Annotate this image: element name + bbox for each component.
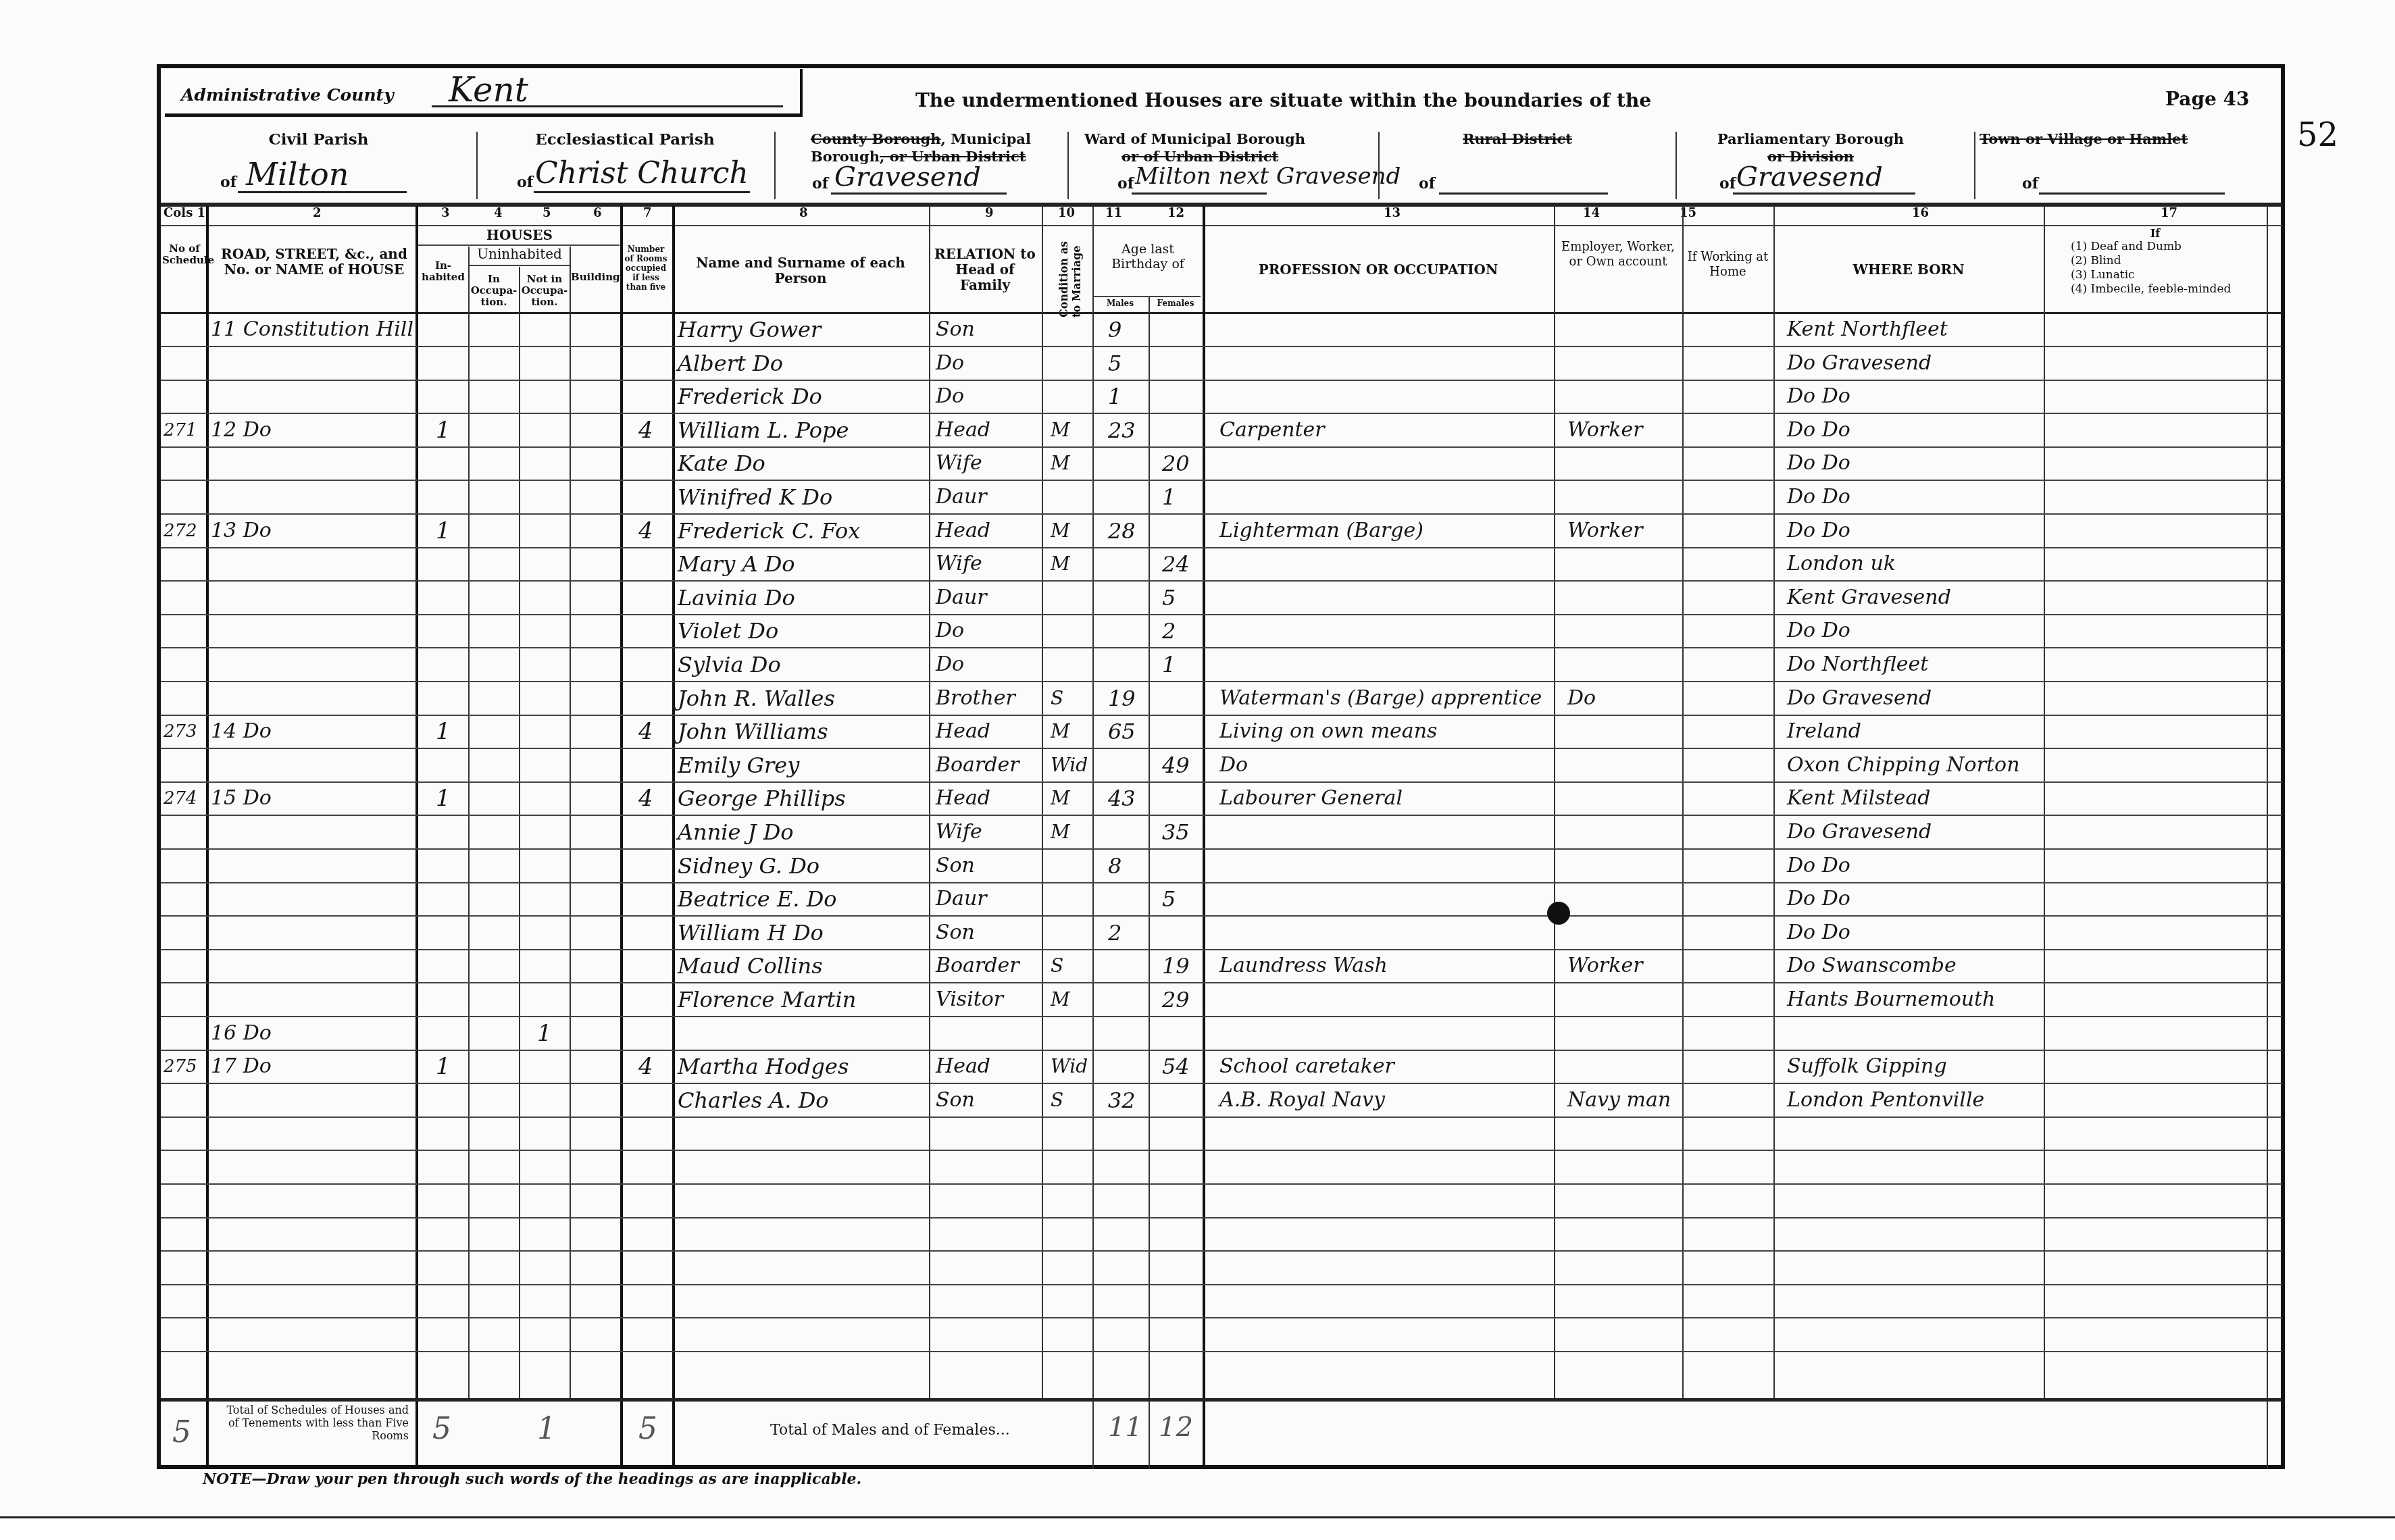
header-males: Males xyxy=(1094,299,1146,308)
table-row: 27314 Do14John WilliamsHeadM65Living on … xyxy=(0,714,2395,748)
divider xyxy=(1378,132,1380,199)
relation: Head xyxy=(936,1053,990,1080)
table-row xyxy=(0,1150,2395,1183)
birthplace: Kent Gravesend xyxy=(1787,584,1951,611)
label-text: , Municipal xyxy=(941,130,1031,147)
person-name: Kate Do xyxy=(678,450,765,477)
table-row: 27213 Do14Frederick C. FoxHeadM28Lighter… xyxy=(0,513,2395,547)
address: 12 Do xyxy=(211,417,272,444)
col-number: 11 xyxy=(1105,206,1122,220)
col-number: 8 xyxy=(799,206,808,220)
marital-condition: M xyxy=(1051,450,1070,477)
age-female: 19 xyxy=(1162,952,1190,979)
occupation: Laundress Wash xyxy=(1219,952,1388,979)
marital-condition: S xyxy=(1051,952,1063,979)
header-where-born: WHERE BORN xyxy=(1777,262,2040,278)
occupation: A.B. Royal Navy xyxy=(1219,1087,1385,1114)
ward-underline xyxy=(1132,192,1267,195)
inhabited: 1 xyxy=(436,785,451,812)
header-name: Name and Surname of each Person xyxy=(676,255,926,286)
table-row: Lavinia DoDaur5Kent Gravesend xyxy=(0,580,2395,614)
relation: Head xyxy=(936,517,990,544)
birthplace: Kent Milstead xyxy=(1787,785,1930,812)
parliamentary-borough-value: Gravesend xyxy=(1736,161,1883,192)
age-male: 1 xyxy=(1108,383,1121,410)
age-female: 20 xyxy=(1162,450,1190,477)
table-row: 27517 Do14Martha HodgesHeadWid54School c… xyxy=(0,1049,2395,1083)
schedule-no: 275 xyxy=(163,1053,197,1080)
marital-condition: M xyxy=(1051,417,1070,444)
ecclesiastical-parish-label: Ecclesiastical Parish xyxy=(480,130,770,149)
header-relation: RELATION to Head of Family xyxy=(931,247,1039,293)
infirmity-option: (1) Deaf and Dumb xyxy=(2071,240,2273,254)
rooms: 4 xyxy=(638,718,653,745)
table-row: Sidney G. DoSon8Do Do xyxy=(0,848,2395,882)
table-row: John R. WallesBrotherS19Waterman's (Barg… xyxy=(0,681,2395,715)
employment-status: Worker xyxy=(1567,517,1642,544)
marital-condition: M xyxy=(1051,986,1070,1013)
header-houses: HOUSES xyxy=(419,228,620,243)
totals-top-rule xyxy=(161,1398,2282,1402)
schedule-no: 273 xyxy=(163,718,197,745)
birthplace: Suffolk Gipping xyxy=(1787,1053,1947,1080)
person-name: Frederick Do xyxy=(678,383,822,410)
employment-status: Worker xyxy=(1567,417,1642,444)
municipal-borough-value: Gravesend xyxy=(834,161,981,192)
relation: Brother xyxy=(936,685,1015,712)
person-name: Harry Gower xyxy=(678,316,821,343)
table-row: Albert DoDo5Do Gravesend xyxy=(0,346,2395,380)
age-male: 2 xyxy=(1108,919,1121,946)
birthplace: Do Do xyxy=(1787,919,1850,946)
relation: Wife xyxy=(936,550,982,577)
age-female: 5 xyxy=(1162,584,1176,611)
col-number: 16 xyxy=(1912,206,1929,220)
parliamentary-borough-prefix: of xyxy=(1719,175,1736,192)
table-row: Violet DoDo2Do Do xyxy=(0,613,2395,647)
table-row: Frederick DoDo1Do Do xyxy=(0,379,2395,413)
municipal-borough-underline xyxy=(831,192,1007,195)
person-name: William L. Pope xyxy=(678,417,849,444)
occupation: School caretaker xyxy=(1219,1053,1394,1080)
address: 17 Do xyxy=(211,1053,272,1080)
occupation: Waterman's (Barge) apprentice xyxy=(1219,685,1542,712)
marital-condition: Wid xyxy=(1051,752,1088,779)
table-row: Beatrice E. DoDaur5Do Do xyxy=(0,881,2395,915)
civil-parish-prefix: of xyxy=(220,174,236,191)
header-building: Building. xyxy=(571,272,620,283)
age-female: 5 xyxy=(1162,885,1176,913)
person-name: Frederick C. Fox xyxy=(678,517,860,544)
col-number: 12 xyxy=(1167,206,1184,220)
civil-parish-underline xyxy=(238,191,407,193)
table-row: Maud CollinsBoarderS19Laundress WashWork… xyxy=(0,948,2395,982)
col-number: 10 xyxy=(1058,206,1075,220)
inhabited: 1 xyxy=(436,1053,451,1080)
birthplace: Kent Northfleet xyxy=(1787,316,1948,343)
table-row xyxy=(0,1283,2395,1317)
footnote: NOTE—Draw your pen through such words of… xyxy=(203,1470,861,1488)
age-female: 24 xyxy=(1162,550,1190,577)
person-name: Emily Grey xyxy=(678,752,799,779)
rural-district-prefix: of xyxy=(1419,175,1435,192)
age-female: 54 xyxy=(1162,1053,1190,1080)
ecclesiastical-parish-underline xyxy=(534,191,750,193)
relation: Wife xyxy=(936,450,982,477)
person-name: Lavinia Do xyxy=(678,584,795,611)
col-number: 17 xyxy=(2161,206,2177,220)
rural-district-label: Rural District xyxy=(1463,130,1572,147)
rural-district-underline xyxy=(1439,192,1608,195)
table-row xyxy=(0,1317,2395,1351)
col-number: 6 xyxy=(593,206,602,220)
relation: Do xyxy=(936,350,964,377)
town-village-prefix: of xyxy=(2022,175,2038,192)
divider xyxy=(1067,132,1069,199)
age-male: 43 xyxy=(1108,785,1136,812)
birthplace: Do Do xyxy=(1787,885,1850,913)
relation: Daur xyxy=(936,584,987,611)
header-road-street: ROAD, STREET, &c., and No. or NAME of HO… xyxy=(213,247,415,278)
col-number: 9 xyxy=(985,206,994,220)
civil-parish-label: Civil Parish xyxy=(165,130,472,149)
age-female: 1 xyxy=(1162,484,1176,511)
col-number: 5 xyxy=(543,206,551,220)
person-name: William H Do xyxy=(678,919,824,946)
inhabited: 1 xyxy=(436,417,451,444)
birthplace: Do Do xyxy=(1787,417,1850,444)
rooms: 4 xyxy=(638,785,653,812)
marital-condition: M xyxy=(1051,550,1070,577)
rural-district-field: Rural District of xyxy=(1378,125,1675,199)
infirmity-option: (4) Imbecile, feeble-minded xyxy=(2071,282,2273,297)
table-row: William H DoSon2Do Do xyxy=(0,915,2395,949)
relation: Head xyxy=(936,718,990,745)
col-number: Cols 1 xyxy=(163,206,205,220)
table-row xyxy=(0,1116,2395,1150)
admin-county-value: Kent xyxy=(449,70,528,109)
birthplace: Do Gravesend xyxy=(1787,819,1932,846)
relation: Son xyxy=(936,1087,975,1114)
municipal-borough-field: County Borough, Municipal Borough, or Ur… xyxy=(777,125,1054,199)
table-row xyxy=(0,1183,2395,1217)
person-name: Sidney G. Do xyxy=(678,852,820,879)
table-row: 11 Constitution HillHarry GowerSon9Kent … xyxy=(0,312,2395,346)
birthplace: Do Swanscombe xyxy=(1787,952,1957,979)
relation: Son xyxy=(936,316,975,343)
age-male: 8 xyxy=(1108,852,1121,879)
occupation: Living on own means xyxy=(1219,718,1437,745)
birthplace: London Pentonville xyxy=(1787,1087,1984,1114)
relation: Do xyxy=(936,651,964,678)
header-rule xyxy=(469,265,570,266)
person-name: Charles A. Do xyxy=(678,1087,829,1114)
total-uninhabited: 1 xyxy=(537,1412,556,1446)
age-male: 65 xyxy=(1108,718,1136,745)
age-female: 2 xyxy=(1162,617,1176,644)
age-female: 1 xyxy=(1162,651,1176,678)
age-male: 23 xyxy=(1108,417,1136,444)
ward-field: Ward of Municipal Borough or of Urban Di… xyxy=(1074,125,1371,199)
birthplace: Do Do xyxy=(1787,450,1850,477)
ward-prefix: of xyxy=(1117,175,1134,192)
col-number: 7 xyxy=(643,206,652,220)
inhabited: 1 xyxy=(436,517,451,544)
municipal-borough-prefix: of xyxy=(812,175,828,192)
birthplace: Oxon Chipping Norton xyxy=(1787,752,2019,779)
table-row: Sylvia DoDo1Do Northfleet xyxy=(0,647,2395,681)
banner-text: The undermentioned Houses are situate wi… xyxy=(915,89,1651,111)
marital-condition: M xyxy=(1051,785,1070,812)
municipal-borough-label: County Borough, Municipal xyxy=(811,130,1031,147)
employment-status: Worker xyxy=(1567,952,1642,979)
rooms: 4 xyxy=(638,417,653,444)
header-rule xyxy=(161,225,2282,226)
header-occupation: PROFESSION OR OCCUPATION xyxy=(1206,262,1551,278)
admin-county-label: Administrative County xyxy=(181,85,394,105)
person-name: Albert Do xyxy=(678,350,783,377)
age-male: 28 xyxy=(1108,517,1136,544)
uninhabited-not-in-occupation: 1 xyxy=(537,1020,552,1047)
person-name: John Williams xyxy=(678,718,828,745)
header-rooms: Number of Rooms occupied if less than fi… xyxy=(622,245,670,292)
header-schedule: No of Schedule xyxy=(162,243,207,266)
relation: Do xyxy=(936,383,964,410)
town-village-field: Town or Village or Hamlet of xyxy=(1980,125,2277,199)
divider xyxy=(774,132,776,199)
relation: Daur xyxy=(936,484,987,511)
occupation: Carpenter xyxy=(1219,417,1325,444)
ecclesiastical-parish-value: Christ Church xyxy=(535,156,749,190)
ward-value: Milton next Gravesend xyxy=(1135,163,1401,190)
birthplace: Do Gravesend xyxy=(1787,350,1932,377)
parliamentary-borough-underline xyxy=(1733,192,1915,195)
ink-blot xyxy=(1547,902,1570,925)
person-name: Violet Do xyxy=(678,617,778,644)
civil-parish-value: Milton xyxy=(246,156,349,192)
birthplace: London uk xyxy=(1787,550,1896,577)
header-not-in-occupation: Not in Occupa-tion. xyxy=(520,274,570,308)
marital-condition: S xyxy=(1051,685,1063,712)
infirmity-option: (3) Lunatic xyxy=(2071,268,2273,282)
birthplace: Do Do xyxy=(1787,617,1850,644)
struck-text: County Borough xyxy=(811,130,941,147)
occupation: Do xyxy=(1219,752,1248,779)
census-sheet: 52 Administrative County Kent The underm… xyxy=(0,0,2395,1540)
header-in-occupation: In Occupa-tion. xyxy=(470,274,518,308)
birthplace: Do Gravesend xyxy=(1787,685,1932,712)
col-number: 3 xyxy=(441,206,450,220)
ecclesiastical-parish-prefix: of xyxy=(517,174,533,191)
parliamentary-borough-label: Parliamentary Borough xyxy=(1679,130,1942,147)
total-inhabited: 5 xyxy=(432,1412,451,1446)
address: 14 Do xyxy=(211,718,272,745)
person-name: George Phillips xyxy=(678,785,846,812)
table-row xyxy=(0,1216,2395,1250)
relation: Visitor xyxy=(936,986,1003,1013)
total-schedules: 5 xyxy=(172,1415,191,1449)
civil-parish-field: Civil Parish of Milton xyxy=(165,125,472,199)
divider xyxy=(1974,132,1975,199)
column-number-row: Cols 1 2 3 4 5 6 7 8 9 10 11 12 13 14 15… xyxy=(161,205,2282,225)
table-row: Kate DoWifeM20Do Do xyxy=(0,446,2395,480)
table-row: Emily GreyBoarderWid49DoOxon Chipping No… xyxy=(0,748,2395,781)
folio-number: 52 xyxy=(2297,116,2338,154)
employment-status: Do xyxy=(1567,685,1596,712)
total-males: 11 xyxy=(1108,1412,1142,1443)
address: 16 Do xyxy=(211,1020,272,1047)
relation: Daur xyxy=(936,885,987,913)
table-row: Winifred K DoDaur1Do Do xyxy=(0,480,2395,513)
total-females: 12 xyxy=(1159,1412,1193,1443)
marital-condition: M xyxy=(1051,517,1070,544)
marital-condition: S xyxy=(1051,1087,1063,1114)
address: 15 Do xyxy=(211,785,272,812)
marital-condition: M xyxy=(1051,819,1070,846)
ecclesiastical-parish-field: Ecclesiastical Parish of Christ Church xyxy=(480,125,770,199)
header-females: Females xyxy=(1150,299,1201,308)
person-name: Maud Collins xyxy=(678,952,823,979)
person-name: Mary A Do xyxy=(678,550,795,577)
relation: Wife xyxy=(936,819,982,846)
person-name: Winifred K Do xyxy=(678,484,832,511)
age-male: 19 xyxy=(1108,685,1136,712)
relation: Head xyxy=(936,417,990,444)
table-row: 27415 Do14George PhillipsHeadM43Labourer… xyxy=(0,781,2395,815)
person-name: Florence Martin xyxy=(678,986,856,1013)
table-row: Mary A DoWifeM24London uk xyxy=(0,546,2395,580)
person-name: Sylvia Do xyxy=(678,651,781,678)
infirmity-option: (2) Blind xyxy=(2071,254,2273,268)
header-employment: Employer, Worker, or Own account xyxy=(1557,240,1679,269)
person-name: Annie J Do xyxy=(678,819,794,846)
age-male: 5 xyxy=(1108,350,1121,377)
birthplace: Do Do xyxy=(1787,517,1850,544)
rooms: 4 xyxy=(638,517,653,544)
parliamentary-borough-field: Parliamentary Borough or Division of Gra… xyxy=(1679,125,1976,199)
birthplace: Hants Bournemouth xyxy=(1787,986,1995,1013)
age-female: 35 xyxy=(1162,819,1190,846)
table-row xyxy=(0,1250,2395,1284)
occupation: Lighterman (Barge) xyxy=(1219,517,1423,544)
relation: Head xyxy=(936,785,990,812)
relation: Son xyxy=(936,852,975,879)
header-infirmity-if: If xyxy=(2047,227,2263,240)
schedule-no: 272 xyxy=(163,517,197,544)
header-working-at-home: If Working at Home xyxy=(1686,250,1770,280)
person-name: Beatrice E. Do xyxy=(678,885,837,913)
header-rule xyxy=(1092,296,1201,297)
person-name: John R. Walles xyxy=(678,685,835,712)
total-schedules-label: Total of Schedules of Houses and of Tene… xyxy=(213,1404,409,1442)
age-male: 9 xyxy=(1108,316,1121,343)
admin-county-underline xyxy=(432,105,783,107)
table-row: Charles A. DoSonS32A.B. Royal NavyNavy m… xyxy=(0,1083,2395,1116)
ward-label: Ward of Municipal Borough xyxy=(1084,130,1305,147)
header-condition: Condition as to Marriage xyxy=(1057,230,1083,317)
address: 11 Constitution Hill xyxy=(211,316,413,343)
age-male: 32 xyxy=(1108,1087,1136,1114)
col-number: 2 xyxy=(313,206,322,220)
inhabited: 1 xyxy=(436,718,451,745)
header-age: Age last Birthday of xyxy=(1094,242,1201,272)
relation: Boarder xyxy=(936,752,1019,779)
page-bottom-edge xyxy=(0,1516,2395,1540)
divider xyxy=(476,132,478,199)
address: 13 Do xyxy=(211,517,272,544)
age-female: 49 xyxy=(1162,752,1190,779)
table-row: 16 Do1 xyxy=(0,1016,2395,1050)
town-village-label: Town or Village or Hamlet xyxy=(1980,130,2188,147)
schedule-no: 274 xyxy=(163,785,197,812)
age-female: 29 xyxy=(1162,986,1190,1013)
marital-condition: M xyxy=(1051,718,1070,745)
col-number: 4 xyxy=(494,206,503,220)
rooms: 4 xyxy=(638,1053,653,1080)
table-row: 27112 Do14William L. PopeHeadM23Carpente… xyxy=(0,413,2395,446)
birthplace: Do Do xyxy=(1787,383,1850,410)
relation: Son xyxy=(936,919,975,946)
birthplace: Do Northfleet xyxy=(1787,651,1928,678)
divider xyxy=(1675,132,1677,199)
col-number: 13 xyxy=(1384,206,1401,220)
page-label: Page 43 xyxy=(2165,88,2250,110)
col-number: 14 xyxy=(1583,206,1600,220)
table-row: Annie J DoWifeM35Do Gravesend xyxy=(0,815,2395,848)
person-name: Martha Hodges xyxy=(678,1053,849,1080)
birthplace: Ireland xyxy=(1787,718,1861,745)
header-inhabited: In-habited xyxy=(418,260,468,283)
table-row: Florence MartinVisitorM29Hants Bournemou… xyxy=(0,982,2395,1016)
birthplace: Do Do xyxy=(1787,484,1850,511)
header-infirmity: (1) Deaf and Dumb (2) Blind (3) Lunatic … xyxy=(2071,240,2273,297)
total-rooms: 5 xyxy=(638,1412,657,1446)
marital-condition: Wid xyxy=(1051,1053,1088,1080)
relation: Boarder xyxy=(936,952,1019,979)
birthplace: Do Do xyxy=(1787,852,1850,879)
total-persons-label: Total of Males and of Females... xyxy=(770,1422,1010,1439)
schedule-no: 271 xyxy=(163,417,197,444)
occupation: Labourer General xyxy=(1219,785,1403,812)
header-uninhabited: Uninhabited xyxy=(469,246,570,262)
row-rule xyxy=(161,1351,2282,1352)
admin-county-box: Administrative County Kent xyxy=(165,69,803,117)
employment-status: Navy man xyxy=(1567,1087,1671,1114)
town-village-underline xyxy=(2039,192,2225,195)
relation: Do xyxy=(936,617,964,644)
